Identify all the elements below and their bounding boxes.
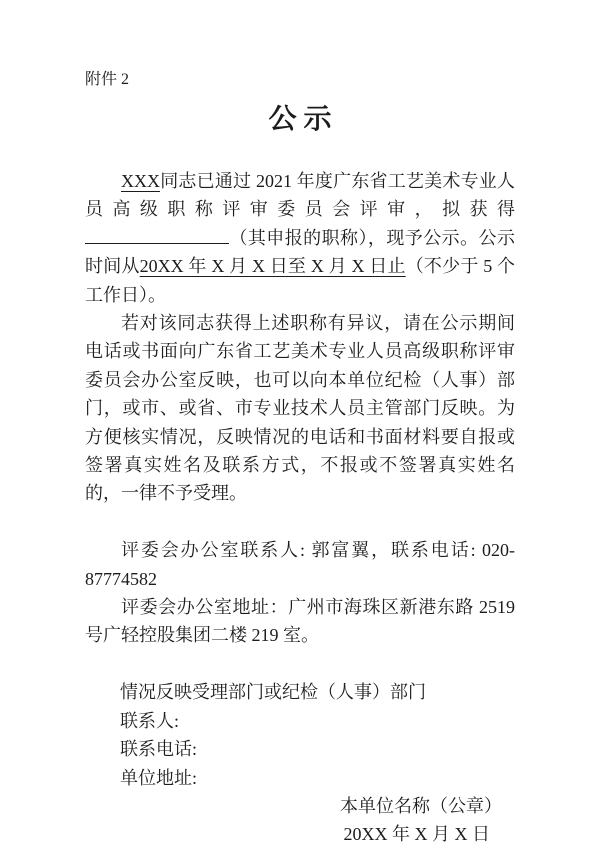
page-title: 公示 [85, 103, 515, 137]
paragraph-announcement: XXX同志已通过 2021 年度广东省工艺美术专业人员高级职称评审委员会评审，拟… [85, 167, 515, 309]
document-body: XXX同志已通过 2021 年度广东省工艺美术专业人员高级职称评审委员会评审，拟… [85, 167, 515, 650]
report-section-heading: 情况反映受理部门或纪检（人事）部门 [120, 678, 515, 706]
title-blank-underline [85, 227, 229, 244]
report-phone-label: 联系电话: [120, 735, 515, 763]
report-section: 情况反映受理部门或纪检（人事）部门 联系人: 联系电话: 单位地址: [120, 678, 515, 792]
contact-person-name: 郭富翼 [311, 540, 371, 560]
report-address-label: 单位地址: [120, 764, 515, 792]
report-contact-label: 联系人: [120, 707, 515, 735]
committee-contact-line: 评委会办公室联系人: 郭富翼，联系电话: 020-87774582 [85, 536, 515, 593]
contact-phone-label: ，联系电话: [371, 540, 482, 560]
attachment-label: 附件 2 [85, 70, 515, 90]
signature-unit-name: 本单位名称（公章） [85, 792, 502, 820]
contact-person-label: 评委会办公室联系人: [121, 540, 311, 560]
applicant-name-blank: XXX [121, 171, 160, 191]
paragraph-objection: 若对该同志获得上述职称有异议，请在公示期间电话或书面向广东省工艺美术专业人员高级… [85, 309, 515, 508]
address-label: 评委会办公室地址： [121, 597, 288, 617]
committee-address-line: 评委会办公室地址：广州市海珠区新港东路 2519 号广轻控股集团二楼 219 室… [85, 593, 515, 650]
signature-block: 本单位名称（公章） 20XX 年 X 月 X 日 [85, 792, 515, 848]
signature-date: 20XX 年 X 月 X 日 [85, 820, 490, 848]
publicity-period-blank: 20XX 年 X 月 X 日至 X 月 X 日止 [140, 256, 406, 276]
document-page: 附件 2 公示 XXX同志已通过 2021 年度广东省工艺美术专业人员高级职称评… [0, 0, 600, 848]
